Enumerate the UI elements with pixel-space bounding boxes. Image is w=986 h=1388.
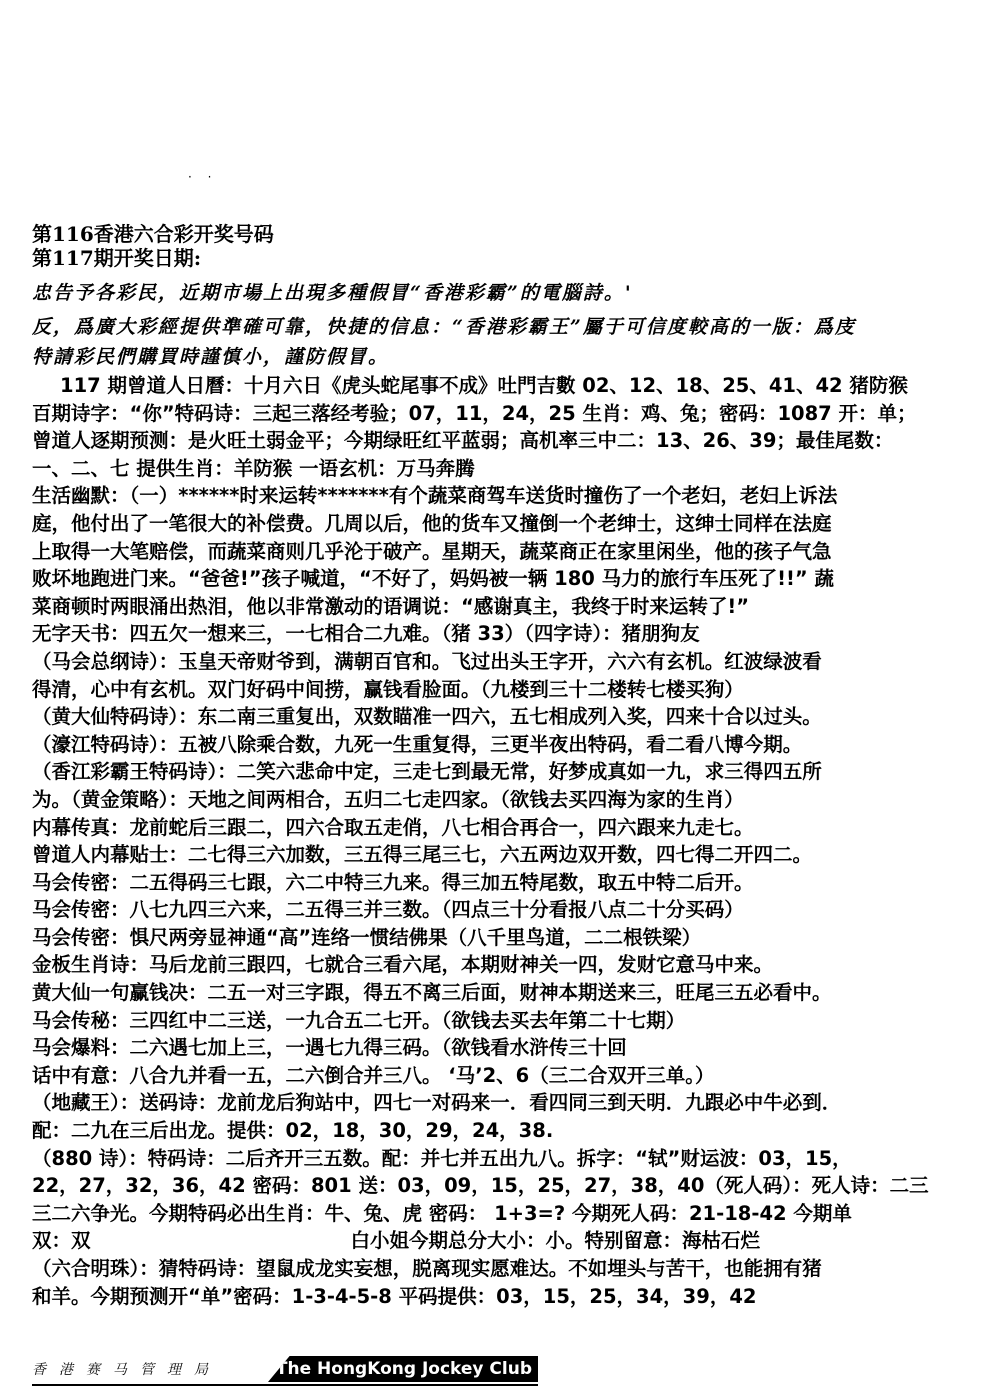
text-line: 得清，心中有玄机。双门好码中间捞，赢钱看脸面。（九楼到三十二楼转七楼买狗） bbox=[32, 676, 962, 704]
warning-line: 反，爲廣大彩經提供準確可靠，快捷的信息：“香港彩霸王”屬于可信度較高的一版：爲庋 bbox=[32, 312, 962, 342]
text-line: 生活幽默：（一）******时来运转*******有个蔬菜商驾车送货时撞伤了一个… bbox=[32, 482, 962, 510]
document-body: 第116香港六合彩开奖号码 第117期开奖日期: 忠告予各彩民，近期市場上出現多… bbox=[32, 222, 962, 1310]
text-line: （马会总纲诗）：玉皇天帝财爷到，满朝百官和。飞过出头王字开，六六有玄机。红波绿波… bbox=[32, 648, 962, 676]
text-line: （地藏王）：送码诗：龙前龙后狗站中，四七一对码来一．看四同三到天明．九跟必中牛必… bbox=[32, 1089, 962, 1117]
text-line: （六合明珠）：猜特码诗：望鼠成龙实妄想，脱离现实愿难达。不如埋头与苦干，也能拥有… bbox=[32, 1255, 962, 1283]
text-line: 菜商顿时两眼涌出热泪，他以非常激动的语调说：“感谢真主，我终于时来运转了!” bbox=[32, 593, 962, 621]
jockey-club-footer: 香港赛马管理局 The HongKong Jockey Club bbox=[32, 1356, 538, 1386]
text-line: 马会爆料：二六遇七加上三，一遇七九得三码。（欲钱看水浒传三十回 bbox=[32, 1034, 962, 1062]
text-line: （880 诗）：特码诗：二后齐开三五数。配：并七并五出九八。拆字：“轼”财运波：… bbox=[32, 1145, 962, 1173]
text-line: 配：二九在三后出龙。提供：02，18，30，29，24，38. bbox=[32, 1117, 962, 1145]
text-line: 败坏地跑进门来。“爸爸!”孩子喊道，“不好了，妈妈被一辆 180 马力的旅行车压… bbox=[32, 565, 962, 593]
text-line: 22，27，32，36，42 密码：801 送：03，09，15，25，27，3… bbox=[32, 1172, 962, 1200]
text-line: 金板生肖诗：马后龙前三跟四，七就合三看六尾，本期财神关一四，发财它意马中来。 bbox=[32, 951, 962, 979]
document-title: 第116香港六合彩开奖号码 bbox=[32, 222, 962, 246]
text-line: 曾道人内幕贴士：二七得三六加数，三五得三尾三七，六五两边双开数，四七得二开四二。 bbox=[32, 841, 962, 869]
text-line: （香江彩霸王特码诗）：二笑六悲命中定，三走七到最无常，好梦成真如一九，求三得四五… bbox=[32, 758, 962, 786]
text-line: 无字天书：四五欠一想来三，一七相合二九难。（猪 33）（四字诗）：猪朋狗友 bbox=[32, 620, 962, 648]
text-line: 曾道人逐期预测：是火旺土弱金平；今期绿旺红平蓝弱；高机率三中二：13、26、39… bbox=[32, 427, 962, 455]
text-line: 和羊。今期预测开“单”密码：1-3-4-5-8 平码提供：03，15，25，34… bbox=[32, 1283, 962, 1311]
miss-white-total: 白小姐今期总分大小：小。特别留意：海枯石烂 bbox=[351, 1229, 761, 1252]
warning-line: 特請彩民們購買時謹慎小，謹防假冒。 bbox=[32, 342, 962, 372]
footer-english-logo: The HongKong Jockey Club bbox=[268, 1356, 538, 1382]
text-line: 一、二、七 提供生肖：羊防猴 一语玄机：万马奔腾 bbox=[32, 455, 962, 483]
text-line: 庭，他付出了一笔很大的补偿费。几周以后，他的货车又撞倒一个老绅士，这绅士同样在法… bbox=[32, 510, 962, 538]
text-line: 黄大仙一句赢钱决：二五一对三字跟，得五不离三后面，财神本期送来三，旺尾三五必看中… bbox=[32, 979, 962, 1007]
text-line: 百期诗字：“你”特码诗：三起三落经考验；07，11，24，25 生肖：鸡、兔；密… bbox=[32, 400, 962, 428]
text-line: 117 期曾道人日曆：十月六日《虎头蛇尾事不成》吐門吉數 02、12、18、25… bbox=[32, 372, 962, 400]
footer-chinese-name: 香港赛马管理局 bbox=[32, 1359, 221, 1379]
text-line: 为。（黄金策略）：天地之间两相合，五归二七走四家。（欲钱去买四海为家的生肖） bbox=[32, 786, 962, 814]
text-line: 马会传密：二五得码三七跟，六二中特三九来。得三加五特尾数，取五中特二后开。 bbox=[32, 869, 962, 897]
draw-date-label: 第117期开奖日期: bbox=[32, 246, 962, 270]
text-line: 话中有意：八合九并看一五，二六倒合并三八。 ‘马’2、6（三二合双开三单。） bbox=[32, 1062, 962, 1090]
text-line: 内幕传真：龙前蛇后三跟二，四六合取五走俏，八七相合再合一，四六跟来九走七。 bbox=[32, 814, 962, 842]
odd-even-result: 双：双 bbox=[32, 1229, 91, 1252]
split-text-line: 双：双白小姐今期总分大小：小。特别留意：海枯石烂 bbox=[32, 1227, 962, 1255]
text-line: 马会传密：八七九四三六来，二五得三并三数。（四点三十分看报八点二十分买码） bbox=[32, 896, 962, 924]
warning-line: 忠告予各彩民，近期市場上出現多種假冒“香港彩霸”的電腦詩。' bbox=[32, 278, 962, 308]
text-line: 马会传密：惧尺两旁显神通“高”连络一惯结佛果（八千里鸟道，二二根铁梁） bbox=[32, 924, 962, 952]
text-line: 三二六争光。今期特码必出生肖：牛、兔、虎 密码： 1+3=? 今期死人码：21-… bbox=[32, 1200, 962, 1228]
scan-dots: · · bbox=[188, 170, 217, 184]
text-line: 马会传秘：三四红中二三送，一九合五二七开。（欲钱去买去年第二十七期） bbox=[32, 1007, 962, 1035]
text-line: （濠江特码诗）：五被八除乘合数，九死一生重复得，三更半夜出特码，看二看八博今期。 bbox=[32, 731, 962, 759]
text-line: （黄大仙特码诗）：东二南三重复出，双数瞄准一四六，五七相成列入奖，四来十合以过头… bbox=[32, 703, 962, 731]
text-line: 上取得一大笔赔偿，而蔬菜商则几乎沦于破产。星期天，蔬菜商正在家里闲坐，他的孩子气… bbox=[32, 538, 962, 566]
